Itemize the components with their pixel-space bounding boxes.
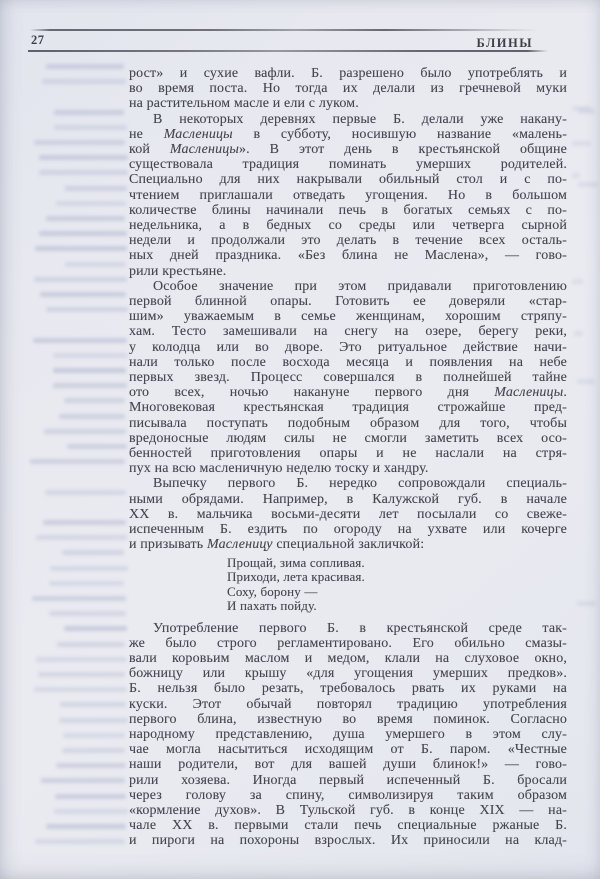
text-line: чале XX в. первыми стали печь специальны… [129, 818, 567, 833]
body-text: рост» и сухие вафли. Б. разрешено было у… [129, 66, 567, 849]
bleed-line [67, 444, 127, 449]
text-line: бенностей приготовления опары и не насла… [129, 446, 567, 461]
bleed-line [55, 794, 126, 799]
text-line: чае могла насытиться исходящим от Б. пар… [129, 742, 567, 757]
bleed-line [33, 338, 127, 343]
text-line: «кормление духов». В Тульской губ. в кон… [129, 803, 567, 818]
bleed-line [46, 307, 127, 312]
text-line: нали только после восхода месяца и появл… [129, 355, 567, 370]
bleed-line [39, 231, 127, 236]
text-line: первой блинной опары. Готовить ее доверя… [129, 294, 567, 309]
text-line: ными обрядами. Например, в Калужской губ… [129, 492, 567, 507]
bleed-line [46, 64, 125, 69]
text-line: Прощай, зима сопливая. [227, 556, 567, 571]
text-line: рост» и сухие вафли. Б. разрешено было у… [129, 66, 567, 81]
bleed-line [41, 778, 125, 783]
text-line: не Масленицы в субботу, носившую названи… [129, 127, 567, 142]
bleed-line [60, 702, 126, 707]
text-line: первых звезд. Процесс совершался в полне… [129, 370, 567, 385]
text-line: вредоносные людям силы не смогли заметит… [129, 431, 567, 446]
text-line: испеченным Б. ездить по огороду на ухват… [129, 522, 567, 537]
text-line: у колодца или во дворе. Это ритуальное д… [129, 340, 567, 355]
bleed-line [38, 672, 125, 677]
text-line: ото всех, ночью накануне первого дня Мас… [129, 385, 567, 400]
bleed-line [65, 186, 127, 191]
text-line: Многовековая крестьянская традиция строж… [129, 400, 567, 415]
verse-block: Прощай, зима сопливая.Приходи, лета крас… [227, 556, 567, 614]
text-line: и призывать Масленицу специальной заклич… [129, 537, 567, 552]
text-line: куски. Этот обычай повторял традицию упо… [129, 697, 567, 712]
text-line: Употребление первого Б. в крестьянской с… [129, 621, 567, 636]
paragraph: рост» и сухие вафли. Б. разрешено было у… [129, 66, 567, 112]
text-line: недели и продолжали это делать в течение… [129, 233, 567, 248]
bleed-line [57, 642, 125, 647]
bleed-line [50, 566, 128, 571]
bleed-line [59, 414, 125, 419]
bleed-line [63, 733, 125, 738]
text-line: Приходи, лета красивая. [227, 570, 567, 585]
text-line: Особое значение при этом придавали приго… [129, 279, 567, 294]
bleed-line [62, 550, 124, 555]
running-title: БЛИНЫ [477, 36, 534, 51]
bleed-line [35, 246, 127, 251]
bleed-line [577, 601, 596, 606]
bleed-line [54, 809, 128, 814]
text-line: недельника, а в бедных со среды или четв… [129, 218, 567, 233]
bleed-line [39, 155, 128, 160]
text-line: рили хозяева. Иногда первый испеченный Б… [129, 773, 567, 788]
text-line: количестве блины начинали печь в богатых… [129, 203, 567, 218]
text-line: Соху, борону — [227, 585, 567, 600]
bleed-line [65, 262, 126, 267]
text-line: XX в. мальчика восьми-десяти лет посылал… [129, 507, 567, 522]
bleed-through-left-margin [31, 64, 128, 852]
text-line: вали коровьим маслом и медом, клали на с… [129, 651, 567, 666]
bleed-line [572, 279, 583, 284]
bleed-line [53, 383, 127, 388]
bleed-line [572, 106, 591, 111]
bleed-line [36, 657, 127, 662]
bleed-line [42, 79, 126, 84]
text-line: божницу или крышу «для угощения умерших … [129, 666, 567, 681]
bleed-line [34, 277, 127, 282]
text-line: народному представлению, душа умершего в… [129, 727, 567, 742]
bleed-line [574, 331, 583, 336]
text-line: и пироги на похороны взрослых. Их принос… [129, 833, 567, 848]
bleed-line [49, 581, 125, 586]
bleed-line [577, 379, 595, 384]
bleed-line [56, 763, 127, 768]
bleed-line [45, 490, 126, 495]
text-line: первого блина, известную во время помино… [129, 712, 567, 727]
paragraph: В некоторых деревнях первые Б. делали уж… [129, 112, 567, 279]
header-rule-bottom [28, 50, 548, 52]
bleed-line [62, 748, 125, 753]
text-line: кой Масленицы». В этот день в крестьянск… [129, 142, 567, 157]
bleed-line [34, 687, 127, 692]
bleed-line [578, 109, 595, 114]
text-line: Б. нельзя было резать, требовалось рвать… [129, 681, 567, 696]
bleed-line [56, 201, 126, 206]
text-line: И пахать пойду. [227, 599, 567, 614]
bleed-line [30, 459, 125, 464]
bleed-line [54, 125, 127, 130]
header-rule-top [30, 29, 538, 31]
bleed-line [49, 611, 126, 616]
bleed-line [59, 718, 128, 723]
text-line: существовала традиция поминать умерших р… [129, 157, 567, 172]
bleed-line [46, 824, 126, 829]
text-line: рили крестьяне. [129, 264, 567, 279]
text-line: наши родители, вот для вашей души блинок… [129, 757, 567, 772]
text-line: во время поста. Но тогда их делали из гр… [129, 81, 567, 96]
bleed-line [35, 839, 124, 844]
bleed-line [572, 141, 591, 146]
paragraph: Выпечку первого Б. нередко сопровождали … [129, 476, 567, 552]
paragraph: Особое значение при этом придавали приго… [129, 279, 567, 477]
bleed-line [53, 353, 128, 358]
text-line: хам. Тесто замешивали на снегу на озере,… [129, 324, 567, 339]
page-number: 27 [31, 33, 45, 48]
bleed-line [64, 626, 127, 631]
bleed-line [53, 368, 126, 373]
bleed-line [43, 520, 126, 525]
bleed-through-right-margin [570, 95, 598, 715]
bleed-line [39, 170, 127, 175]
text-line: же было строго регламентировано. Его оби… [129, 636, 567, 651]
bleed-line [46, 216, 126, 221]
text-line: В некоторых деревнях первые Б. делали уж… [129, 112, 567, 127]
text-line: через голову за спину, символизируя таки… [129, 788, 567, 803]
bleed-line [44, 429, 126, 434]
paragraph: Употребление первого Б. в крестьянской с… [129, 621, 567, 849]
bleed-line [54, 110, 124, 115]
text-line: Выпечку первого Б. нередко сопровождали … [129, 476, 567, 491]
book-page: 27 БЛИНЫ рост» и сухие вафли. Б. разреше… [0, 0, 600, 879]
text-line: писывала поступать подобным образом для … [129, 416, 567, 431]
text-line: ных дней праздника. «Без блина не Маслен… [129, 248, 567, 263]
bleed-line [34, 140, 124, 145]
bleed-line [572, 173, 580, 178]
text-line: на растительном масле и ели с луком. [129, 96, 567, 111]
bleed-line [64, 398, 125, 403]
bleed-line [578, 182, 598, 187]
bleed-line [36, 535, 126, 540]
text-line: пух на всю масленичную неделю тоску и ха… [129, 461, 567, 476]
bleed-line [40, 292, 125, 297]
text-line: шим» уважаемым в семье женщинам, хорошим… [129, 309, 567, 324]
text-line: чтением приглашали отведать угощения. Но… [129, 188, 567, 203]
text-line: Специально для них накрывали обильный ст… [129, 172, 567, 187]
bleed-line [32, 596, 125, 601]
